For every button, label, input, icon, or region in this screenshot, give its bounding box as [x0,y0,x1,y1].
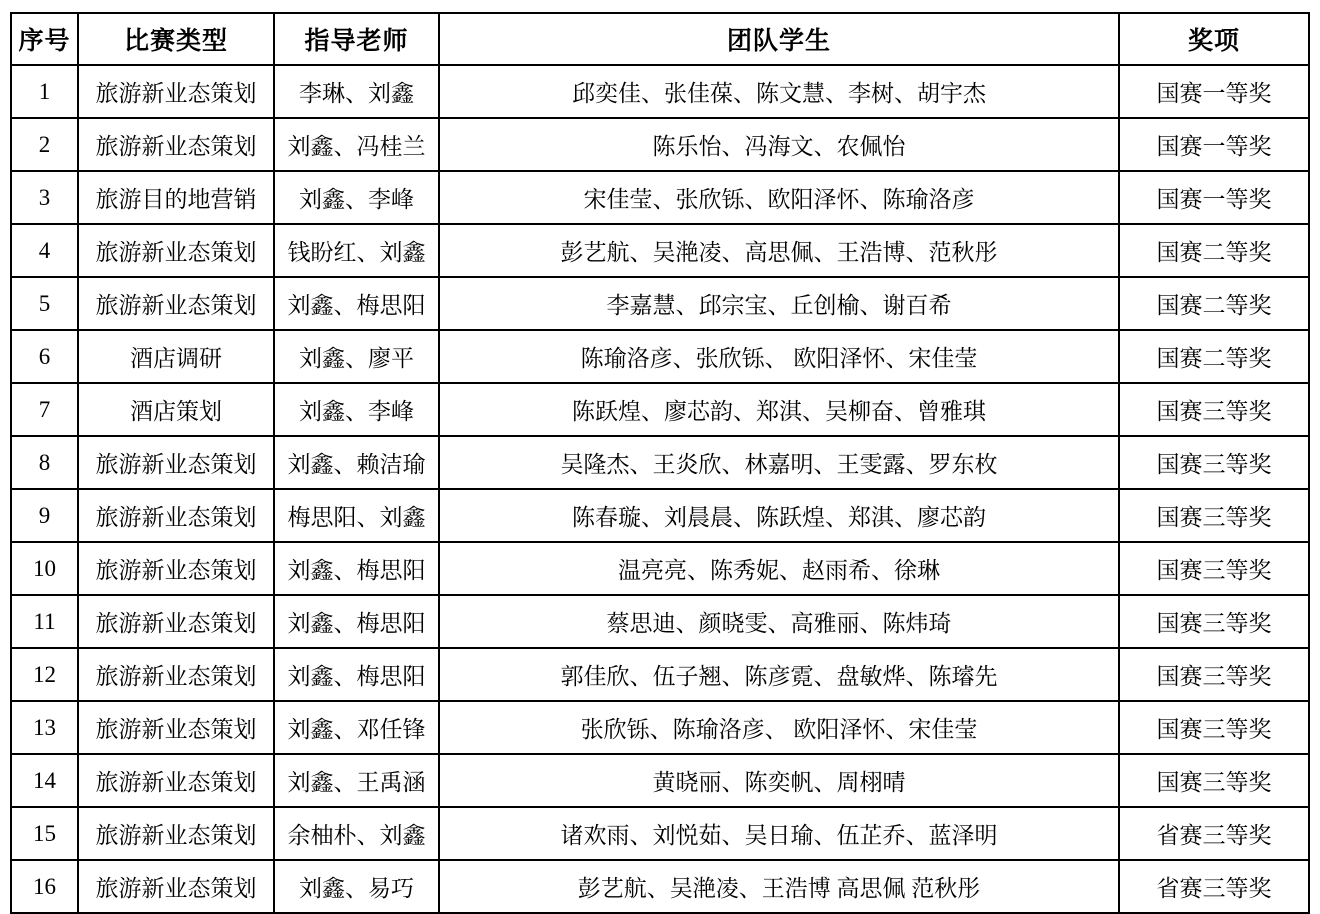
table-row: 15 旅游新业态策划 余柚朴、刘鑫 诸欢雨、刘悦茹、吴日瑜、伍芷乔、蓝泽明 省赛… [11,807,1309,860]
cell-award: 国赛三等奖 [1119,436,1309,489]
cell-award: 国赛二等奖 [1119,277,1309,330]
cell-type: 旅游新业态策划 [78,701,274,754]
cell-type: 旅游新业态策划 [78,860,274,913]
header-teachers: 指导老师 [274,13,439,65]
cell-students: 诸欢雨、刘悦茹、吴日瑜、伍芷乔、蓝泽明 [439,807,1119,860]
table-row: 11 旅游新业态策划 刘鑫、梅思阳 蔡思迪、颜晓雯、高雅丽、陈炜琦 国赛三等奖 [11,595,1309,648]
header-award: 奖项 [1119,13,1309,65]
cell-type: 旅游新业态策划 [78,277,274,330]
cell-award: 国赛一等奖 [1119,65,1309,118]
cell-students: 彭艺航、吴滟凌、高思佩、王浩博、范秋彤 [439,224,1119,277]
table-header-row: 序号 比赛类型 指导老师 团队学生 奖项 [11,13,1309,65]
cell-students: 吴隆杰、王炎欣、林嘉明、王雯露、罗东枚 [439,436,1119,489]
cell-teachers: 李琳、刘鑫 [274,65,439,118]
cell-award: 国赛三等奖 [1119,489,1309,542]
cell-type: 酒店调研 [78,330,274,383]
cell-teachers: 刘鑫、李峰 [274,171,439,224]
cell-type: 旅游新业态策划 [78,648,274,701]
header-type: 比赛类型 [78,13,274,65]
cell-teachers: 刘鑫、王禹涵 [274,754,439,807]
table-row: 14 旅游新业态策划 刘鑫、王禹涵 黄晓丽、陈奕帆、周栩晴 国赛三等奖 [11,754,1309,807]
cell-type: 旅游目的地营销 [78,171,274,224]
cell-no: 12 [11,648,78,701]
cell-award: 国赛二等奖 [1119,224,1309,277]
cell-teachers: 刘鑫、梅思阳 [274,542,439,595]
cell-type: 旅游新业态策划 [78,436,274,489]
cell-no: 8 [11,436,78,489]
cell-type: 旅游新业态策划 [78,224,274,277]
cell-type: 旅游新业态策划 [78,118,274,171]
cell-teachers: 刘鑫、冯桂兰 [274,118,439,171]
header-students: 团队学生 [439,13,1119,65]
cell-no: 11 [11,595,78,648]
cell-students: 温亮亮、陈秀妮、赵雨希、徐琳 [439,542,1119,595]
cell-teachers: 刘鑫、李峰 [274,383,439,436]
cell-students: 蔡思迪、颜晓雯、高雅丽、陈炜琦 [439,595,1119,648]
cell-no: 10 [11,542,78,595]
cell-students: 李嘉慧、邱宗宝、丘创榆、谢百希 [439,277,1119,330]
cell-students: 陈春璇、刘晨晨、陈跃煌、郑淇、廖芯韵 [439,489,1119,542]
cell-award: 省赛三等奖 [1119,807,1309,860]
cell-type: 酒店策划 [78,383,274,436]
table-row: 8 旅游新业态策划 刘鑫、赖洁瑜 吴隆杰、王炎欣、林嘉明、王雯露、罗东枚 国赛三… [11,436,1309,489]
cell-type: 旅游新业态策划 [78,542,274,595]
cell-type: 旅游新业态策划 [78,65,274,118]
cell-teachers: 梅思阳、刘鑫 [274,489,439,542]
table-row: 9 旅游新业态策划 梅思阳、刘鑫 陈春璇、刘晨晨、陈跃煌、郑淇、廖芯韵 国赛三等… [11,489,1309,542]
cell-no: 7 [11,383,78,436]
cell-no: 4 [11,224,78,277]
cell-students: 张欣铄、陈瑜洛彦、 欧阳泽怀、宋佳莹 [439,701,1119,754]
awards-table: 序号 比赛类型 指导老师 团队学生 奖项 1 旅游新业态策划 李琳、刘鑫 邱奕佳… [10,12,1310,914]
cell-award: 国赛三等奖 [1119,383,1309,436]
cell-students: 彭艺航、吴滟凌、王浩博 高思佩 范秋彤 [439,860,1119,913]
cell-award: 省赛三等奖 [1119,860,1309,913]
cell-award: 国赛三等奖 [1119,701,1309,754]
cell-teachers: 刘鑫、梅思阳 [274,648,439,701]
table-row: 2 旅游新业态策划 刘鑫、冯桂兰 陈乐怡、冯海文、农佩怡 国赛一等奖 [11,118,1309,171]
table-row: 4 旅游新业态策划 钱盼红、刘鑫 彭艺航、吴滟凌、高思佩、王浩博、范秋彤 国赛二… [11,224,1309,277]
table-row: 7 酒店策划 刘鑫、李峰 陈跃煌、廖芯韵、郑淇、吴柳奋、曾雅琪 国赛三等奖 [11,383,1309,436]
cell-students: 陈跃煌、廖芯韵、郑淇、吴柳奋、曾雅琪 [439,383,1119,436]
cell-students: 宋佳莹、张欣铄、欧阳泽怀、陈瑜洛彦 [439,171,1119,224]
table-row: 13 旅游新业态策划 刘鑫、邓任锋 张欣铄、陈瑜洛彦、 欧阳泽怀、宋佳莹 国赛三… [11,701,1309,754]
cell-no: 1 [11,65,78,118]
cell-type: 旅游新业态策划 [78,595,274,648]
cell-students: 陈瑜洛彦、张欣铄、 欧阳泽怀、宋佳莹 [439,330,1119,383]
cell-teachers: 刘鑫、廖平 [274,330,439,383]
table-row: 3 旅游目的地营销 刘鑫、李峰 宋佳莹、张欣铄、欧阳泽怀、陈瑜洛彦 国赛一等奖 [11,171,1309,224]
cell-students: 黄晓丽、陈奕帆、周栩晴 [439,754,1119,807]
cell-award: 国赛三等奖 [1119,595,1309,648]
cell-no: 2 [11,118,78,171]
cell-no: 14 [11,754,78,807]
cell-teachers: 刘鑫、邓任锋 [274,701,439,754]
cell-students: 郭佳欣、伍子翘、陈彦霓、盘敏烨、陈璿先 [439,648,1119,701]
cell-teachers: 余柚朴、刘鑫 [274,807,439,860]
cell-no: 5 [11,277,78,330]
table-row: 6 酒店调研 刘鑫、廖平 陈瑜洛彦、张欣铄、 欧阳泽怀、宋佳莹 国赛二等奖 [11,330,1309,383]
table-row: 5 旅游新业态策划 刘鑫、梅思阳 李嘉慧、邱宗宝、丘创榆、谢百希 国赛二等奖 [11,277,1309,330]
cell-teachers: 刘鑫、赖洁瑜 [274,436,439,489]
table-row: 12 旅游新业态策划 刘鑫、梅思阳 郭佳欣、伍子翘、陈彦霓、盘敏烨、陈璿先 国赛… [11,648,1309,701]
cell-no: 6 [11,330,78,383]
cell-award: 国赛一等奖 [1119,118,1309,171]
cell-type: 旅游新业态策划 [78,754,274,807]
cell-teachers: 刘鑫、梅思阳 [274,277,439,330]
cell-no: 15 [11,807,78,860]
cell-type: 旅游新业态策划 [78,489,274,542]
cell-award: 国赛二等奖 [1119,330,1309,383]
table-row: 10 旅游新业态策划 刘鑫、梅思阳 温亮亮、陈秀妮、赵雨希、徐琳 国赛三等奖 [11,542,1309,595]
cell-no: 3 [11,171,78,224]
cell-teachers: 刘鑫、易巧 [274,860,439,913]
cell-no: 9 [11,489,78,542]
cell-students: 陈乐怡、冯海文、农佩怡 [439,118,1119,171]
cell-award: 国赛三等奖 [1119,754,1309,807]
cell-award: 国赛一等奖 [1119,171,1309,224]
table-row: 1 旅游新业态策划 李琳、刘鑫 邱奕佳、张佳葆、陈文慧、李树、胡宇杰 国赛一等奖 [11,65,1309,118]
cell-students: 邱奕佳、张佳葆、陈文慧、李树、胡宇杰 [439,65,1119,118]
cell-no: 13 [11,701,78,754]
cell-teachers: 钱盼红、刘鑫 [274,224,439,277]
header-no: 序号 [11,13,78,65]
cell-award: 国赛三等奖 [1119,542,1309,595]
table-row: 16 旅游新业态策划 刘鑫、易巧 彭艺航、吴滟凌、王浩博 高思佩 范秋彤 省赛三… [11,860,1309,913]
cell-type: 旅游新业态策划 [78,807,274,860]
cell-no: 16 [11,860,78,913]
cell-teachers: 刘鑫、梅思阳 [274,595,439,648]
cell-award: 国赛三等奖 [1119,648,1309,701]
